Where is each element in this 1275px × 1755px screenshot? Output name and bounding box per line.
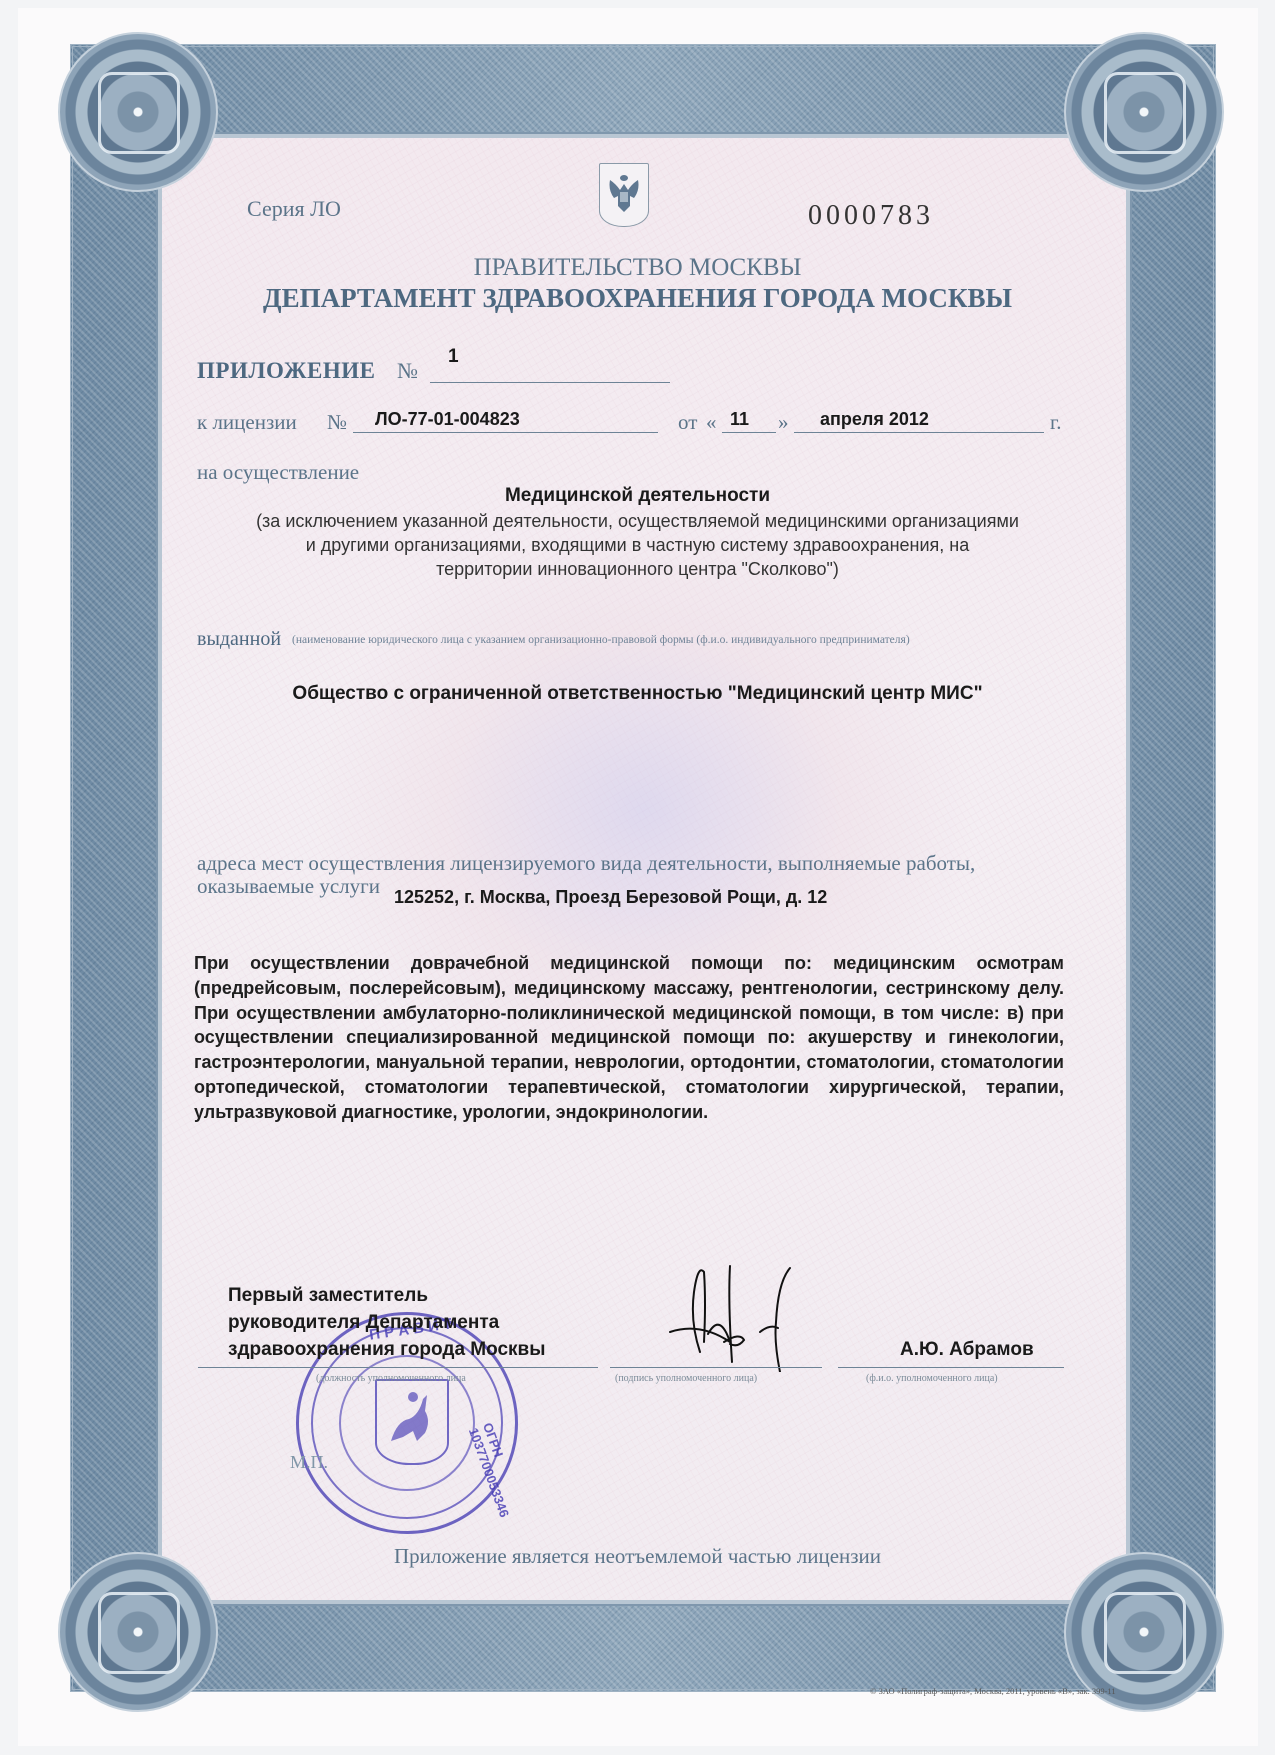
activity-note-line: территории инновационного центра "Сколко… xyxy=(0,559,1275,580)
name-caption: (ф.и.о. уполномоченного лица) xyxy=(866,1373,998,1384)
signer-position-line: Первый заместитель xyxy=(228,1285,428,1307)
license-month-year: апреля 2012 xyxy=(820,409,929,430)
name-line xyxy=(838,1367,1064,1368)
issued-to-label: выданной xyxy=(197,628,281,651)
corner-rosette-icon xyxy=(58,1552,218,1712)
services-description: При осуществлении доврачебной медицинско… xyxy=(194,951,1064,1125)
department-title: ДЕПАРТАМЕНТ ЗДРАВООХРАНЕНИЯ ГОРОДА МОСКВ… xyxy=(0,283,1275,314)
corner-rosette-icon xyxy=(58,32,218,192)
address: 125252, г. Москва, Проезд Березовой Рощи… xyxy=(394,887,827,908)
issued-to-hint: (наименование юридического лица с указан… xyxy=(292,634,910,646)
corner-rosette-icon xyxy=(1064,32,1224,192)
addresses-label: адреса мест осуществления лицензируемого… xyxy=(197,851,975,876)
organization-name: Общество с ограниченной ответственностью… xyxy=(0,683,1275,705)
seal-label: М.П. xyxy=(290,1452,328,1473)
series-label: Серия ЛО xyxy=(247,196,341,222)
signature-caption: (подпись уполномоченного лица) xyxy=(615,1373,757,1384)
license-number: ЛО-77-01-004823 xyxy=(375,409,520,430)
signature-line xyxy=(610,1367,822,1368)
license-quote-open: « xyxy=(706,410,717,435)
activity-label: на осуществление xyxy=(197,460,359,485)
license-day-line xyxy=(722,432,776,433)
appendix-number-sign: № xyxy=(397,358,418,384)
license-quote-close: » xyxy=(778,410,789,435)
license-date-line xyxy=(794,432,1044,433)
activity-note-line: и другими организациями, входящими в час… xyxy=(0,535,1275,556)
coat-of-arms-icon xyxy=(599,163,649,227)
signer-position-line: руководителя Департамента xyxy=(228,1312,499,1334)
position-caption: (должность уполномоченного лица xyxy=(316,1373,466,1384)
signer-name: А.Ю. Абрамов xyxy=(900,1339,1034,1361)
license-number-line xyxy=(353,432,658,433)
appendix-number: 1 xyxy=(448,346,459,368)
license-day: 11 xyxy=(730,409,749,430)
footer-note: Приложение является неотъемлемой частью … xyxy=(0,1544,1275,1569)
activity-title: Медицинской деятельности xyxy=(0,485,1275,507)
printer-copyright: © ЗАО «Полиграф-защита», Москва, 2011, у… xyxy=(870,1686,1116,1696)
license-label: к лицензии xyxy=(197,410,297,435)
serial-number: 0000783 xyxy=(808,200,934,232)
license-from-label: от xyxy=(678,410,697,435)
signer-position-line: здравоохранения города Москвы xyxy=(228,1339,545,1361)
appendix-number-line xyxy=(430,382,670,383)
position-line xyxy=(198,1367,598,1368)
moscow-coat-of-arms-icon xyxy=(375,1379,449,1465)
license-year-suffix: г. xyxy=(1050,410,1062,435)
government-title: ПРАВИТЕЛЬСТВО МОСКВЫ xyxy=(0,254,1275,282)
addresses-label-cont: оказываемые услуги xyxy=(197,874,380,899)
activity-note-line: (за исключением указанной деятельности, … xyxy=(0,511,1275,532)
handwritten-signature xyxy=(660,1262,800,1372)
appendix-label: ПРИЛОЖЕНИЕ xyxy=(197,358,376,384)
license-number-sign: № xyxy=(327,410,347,435)
